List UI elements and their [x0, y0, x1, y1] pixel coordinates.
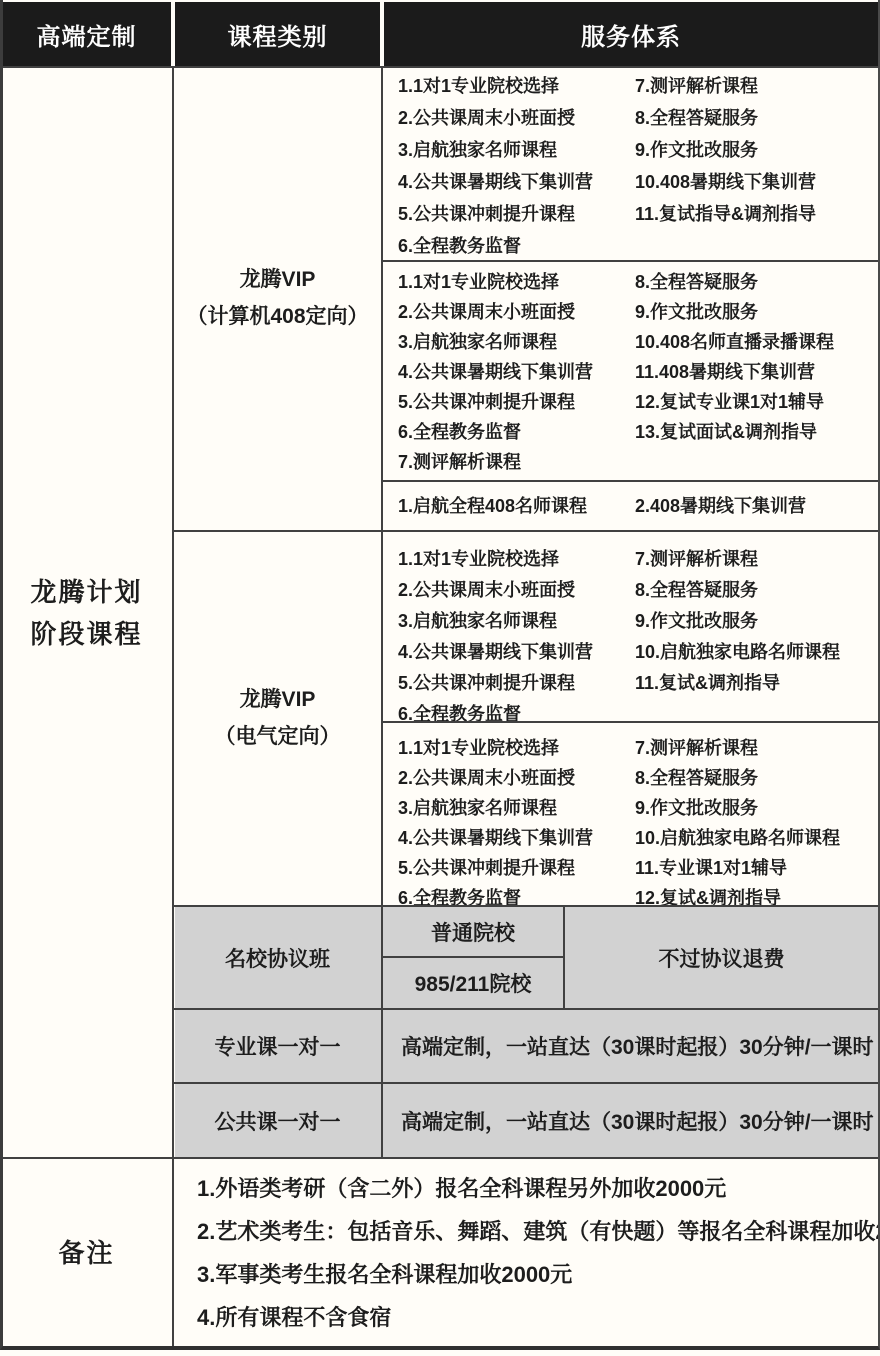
one-on-one-public-desc: 高端定制，一站直达（30课时起报）30分钟/一课时: [383, 1084, 878, 1157]
header-cell-course-category: 课程类别: [175, 2, 380, 66]
service-block-408-tier2: 1.1对1专业院校选择 2.公共课周末小班面授 3.启航独家名师课程 4.公共课…: [383, 262, 878, 480]
service-item: 4.公共课暑期线下集训营: [398, 166, 635, 198]
service-item: 11.408暑期线下集训营: [635, 357, 878, 387]
grid-line: [381, 260, 878, 262]
service-item: 2.公共课周末小班面授: [398, 575, 635, 606]
header-cell-service-system: 服务体系: [384, 2, 878, 66]
service-item: 10.启航独家电路名师课程: [635, 823, 878, 853]
grid-line: [172, 66, 174, 1348]
row-group-label: 龙腾计划 阶段课程: [2, 68, 171, 1157]
service-item: 10.启航独家电路名师课程: [635, 637, 878, 668]
one-on-one-public-label: 公共课一对一: [175, 1084, 380, 1157]
grid-line: [381, 66, 383, 1157]
service-item: 3.启航独家名师课程: [398, 134, 635, 166]
service-block-408-tier1: 1.1对1专业院校选择 2.公共课周末小班面授 3.启航独家名师课程 4.公共课…: [383, 69, 878, 260]
grid-line: [381, 956, 565, 958]
agreement-tier-ordinary: 普通院校: [383, 907, 563, 956]
notes-label: 备注: [2, 1159, 171, 1346]
service-item: 3.启航独家名师课程: [398, 327, 635, 357]
note-item: 2.艺术类考生：包括音乐、舞蹈、建筑（有快题）等报名全科课程加收2: [197, 1210, 878, 1253]
service-item: 12.复试专业课1对1辅导: [635, 387, 878, 417]
course-price-table: 高端定制 课程类别 服务体系 龙腾计划 阶段课程 龙腾VIP （计算机408定向…: [0, 0, 880, 1356]
service-item: 3.启航独家名师课程: [398, 793, 635, 823]
service-item: 1.1对1专业院校选择: [398, 267, 635, 297]
notes-list: 1.外语类考研（含二外）报名全科课程另外加收2000元 2.艺术类考生：包括音乐…: [175, 1159, 878, 1346]
service-item: 4.公共课暑期线下集训营: [398, 357, 635, 387]
grid-line: [173, 1082, 878, 1084]
service-item: 5.公共课冲刺提升课程: [398, 198, 635, 230]
service-item: 2.公共课周末小班面授: [398, 297, 635, 327]
service-item: 1.1对1专业院校选择: [398, 733, 635, 763]
service-item: 10.408名师直播录播课程: [635, 327, 878, 357]
grid-line: [173, 1008, 878, 1010]
service-item: 13.复试面试&调剂指导: [635, 417, 878, 447]
service-item: 9.作文批改服务: [635, 297, 878, 327]
service-item: 1.1对1专业院校选择: [398, 544, 635, 575]
service-item: 5.公共课冲刺提升课程: [398, 853, 635, 883]
service-item: 8.全程答疑服务: [635, 575, 878, 606]
grid-line: [173, 530, 878, 532]
category-subname: （计算机408定向）: [186, 298, 368, 335]
grid-line: [173, 905, 878, 907]
service-item: 10.408暑期线下集训营: [635, 166, 878, 198]
service-item: 7.测评解析课程: [398, 447, 635, 477]
service-item: 2.408暑期线下集训营: [635, 490, 878, 522]
service-item: 9.作文批改服务: [635, 793, 878, 823]
service-item: 8.全程答疑服务: [635, 763, 878, 793]
service-item: 5.公共课冲刺提升课程: [398, 387, 635, 417]
note-item: 3.军事类考生报名全科课程加收2000元: [197, 1253, 878, 1296]
service-item: 3.启航独家名师课程: [398, 606, 635, 637]
program-name-line1: 龙腾计划: [30, 571, 142, 613]
category-subname: （电气定向）: [215, 718, 341, 755]
service-item: 2.公共课周末小班面授: [398, 763, 635, 793]
service-item: 11.复试&调剂指导: [635, 668, 878, 699]
service-block-electric-tier2: 1.1对1专业院校选择 2.公共课周末小班面授 3.启航独家名师课程 4.公共课…: [383, 723, 878, 905]
agreement-class-label: 名校协议班: [175, 907, 380, 1008]
service-item: 11.专业课1对1辅导: [635, 853, 878, 883]
category-name: 龙腾VIP: [186, 261, 368, 298]
one-on-one-major-label: 专业课一对一: [175, 1010, 380, 1082]
service-item: 9.作文批改服务: [635, 134, 878, 166]
service-item: 9.作文批改服务: [635, 606, 878, 637]
note-item: 4.所有课程不含食宿: [197, 1296, 878, 1339]
service-block-electric-tier1: 1.1对1专业院校选择 2.公共课周末小班面授 3.启航独家名师课程 4.公共课…: [383, 532, 878, 721]
service-item: 1.1对1专业院校选择: [398, 70, 635, 102]
service-item: 11.复试指导&调剂指导: [635, 198, 878, 230]
grid-line: [563, 907, 565, 1008]
service-item: 2.公共课周末小班面授: [398, 102, 635, 134]
category-name: 龙腾VIP: [215, 681, 341, 718]
category-cell-vip-electric: 龙腾VIP （电气定向）: [175, 530, 380, 905]
service-item: 6.全程教务监督: [398, 417, 635, 447]
service-item: 1.启航全程408名师课程: [398, 490, 635, 522]
service-item: 6.全程教务监督: [398, 230, 635, 262]
header-cell-premium-custom: 高端定制: [2, 2, 171, 66]
agreement-tier-985-211: 985/211院校: [383, 958, 563, 1008]
service-item: 7.测评解析课程: [635, 70, 878, 102]
program-name-line2: 阶段课程: [30, 613, 142, 655]
grid-line: [2, 66, 878, 68]
category-cell-vip-408: 龙腾VIP （计算机408定向）: [175, 68, 380, 528]
service-item: 7.测评解析课程: [635, 544, 878, 575]
service-item: 4.公共课暑期线下集训营: [398, 823, 635, 853]
one-on-one-major-desc: 高端定制，一站直达（30课时起报）30分钟/一课时: [383, 1010, 878, 1082]
service-item: 8.全程答疑服务: [635, 267, 878, 297]
grid-line: [2, 1157, 878, 1159]
service-item: 7.测评解析课程: [635, 733, 878, 763]
service-item: 5.公共课冲刺提升课程: [398, 668, 635, 699]
grid-line: [381, 721, 878, 723]
service-item: 4.公共课暑期线下集训营: [398, 637, 635, 668]
service-block-408-tier3: 1.启航全程408名师课程 2.408暑期线下集训营: [383, 482, 878, 530]
agreement-refund-policy: 不过协议退费: [565, 907, 878, 1008]
service-item: 8.全程答疑服务: [635, 102, 878, 134]
note-item: 1.外语类考研（含二外）报名全科课程另外加收2000元: [197, 1167, 878, 1210]
grid-line: [381, 480, 878, 482]
